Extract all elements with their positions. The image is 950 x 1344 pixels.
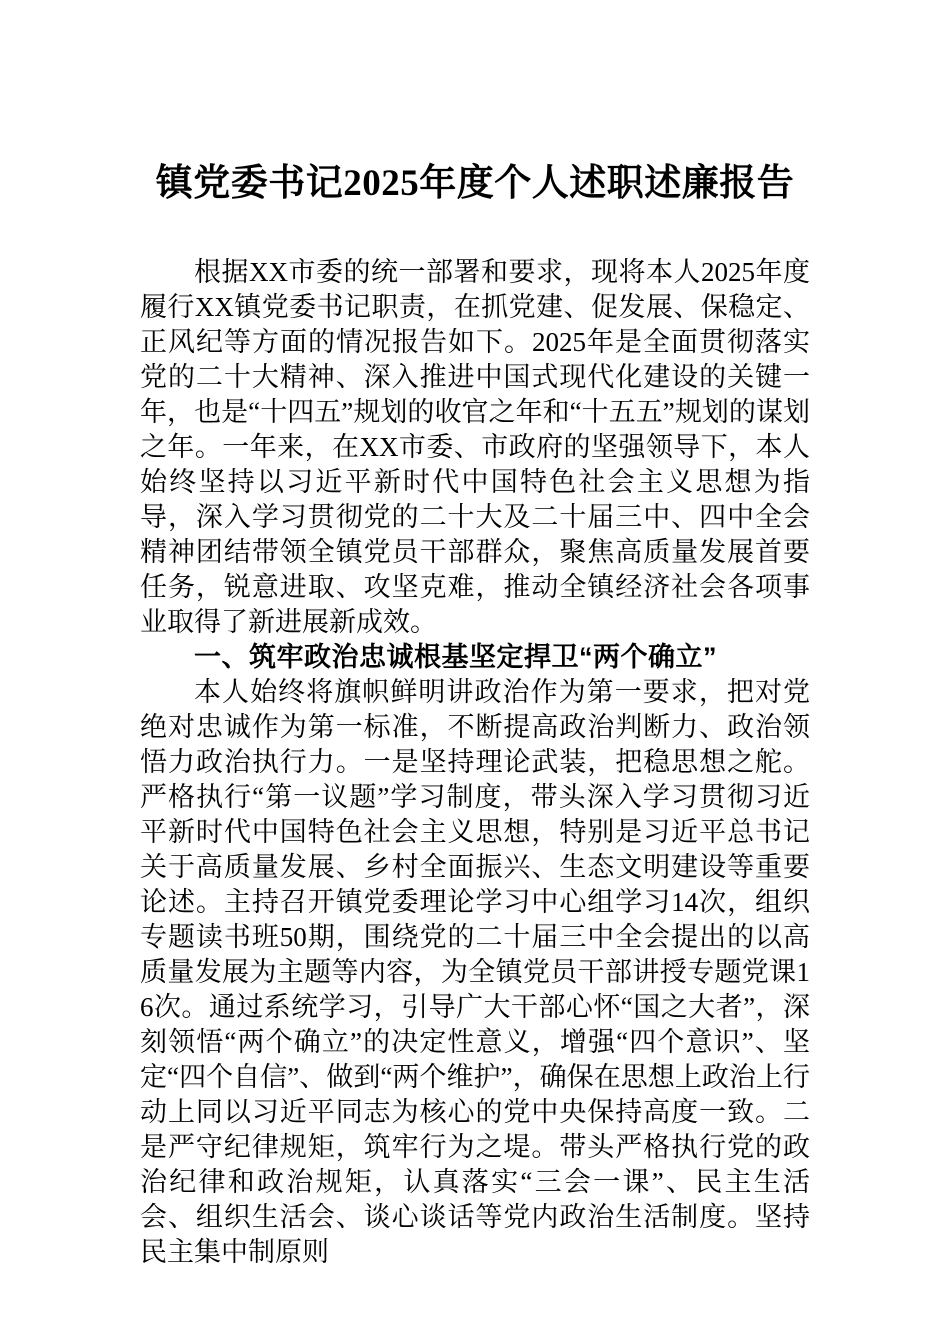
document-page: 镇党委书记2025年度个人述职述廉报告 根据XX市委的统一部署和要求，现将本人2… — [0, 0, 950, 1344]
document-title: 镇党委书记2025年度个人述职述廉报告 — [140, 161, 810, 207]
section-heading-1: 一、筑牢政治忠诚根基坚定捍卫“两个确立” — [140, 640, 810, 675]
paragraph-intro: 根据XX市委的统一部署和要求，现将本人2025年度履行XX镇党委书记职责，在抓党… — [140, 255, 810, 640]
paragraph-section-1: 本人始终将旗帜鲜明讲政治作为第一要求，把对党绝对忠诚作为第一标准，不断提高政治判… — [140, 675, 810, 1270]
